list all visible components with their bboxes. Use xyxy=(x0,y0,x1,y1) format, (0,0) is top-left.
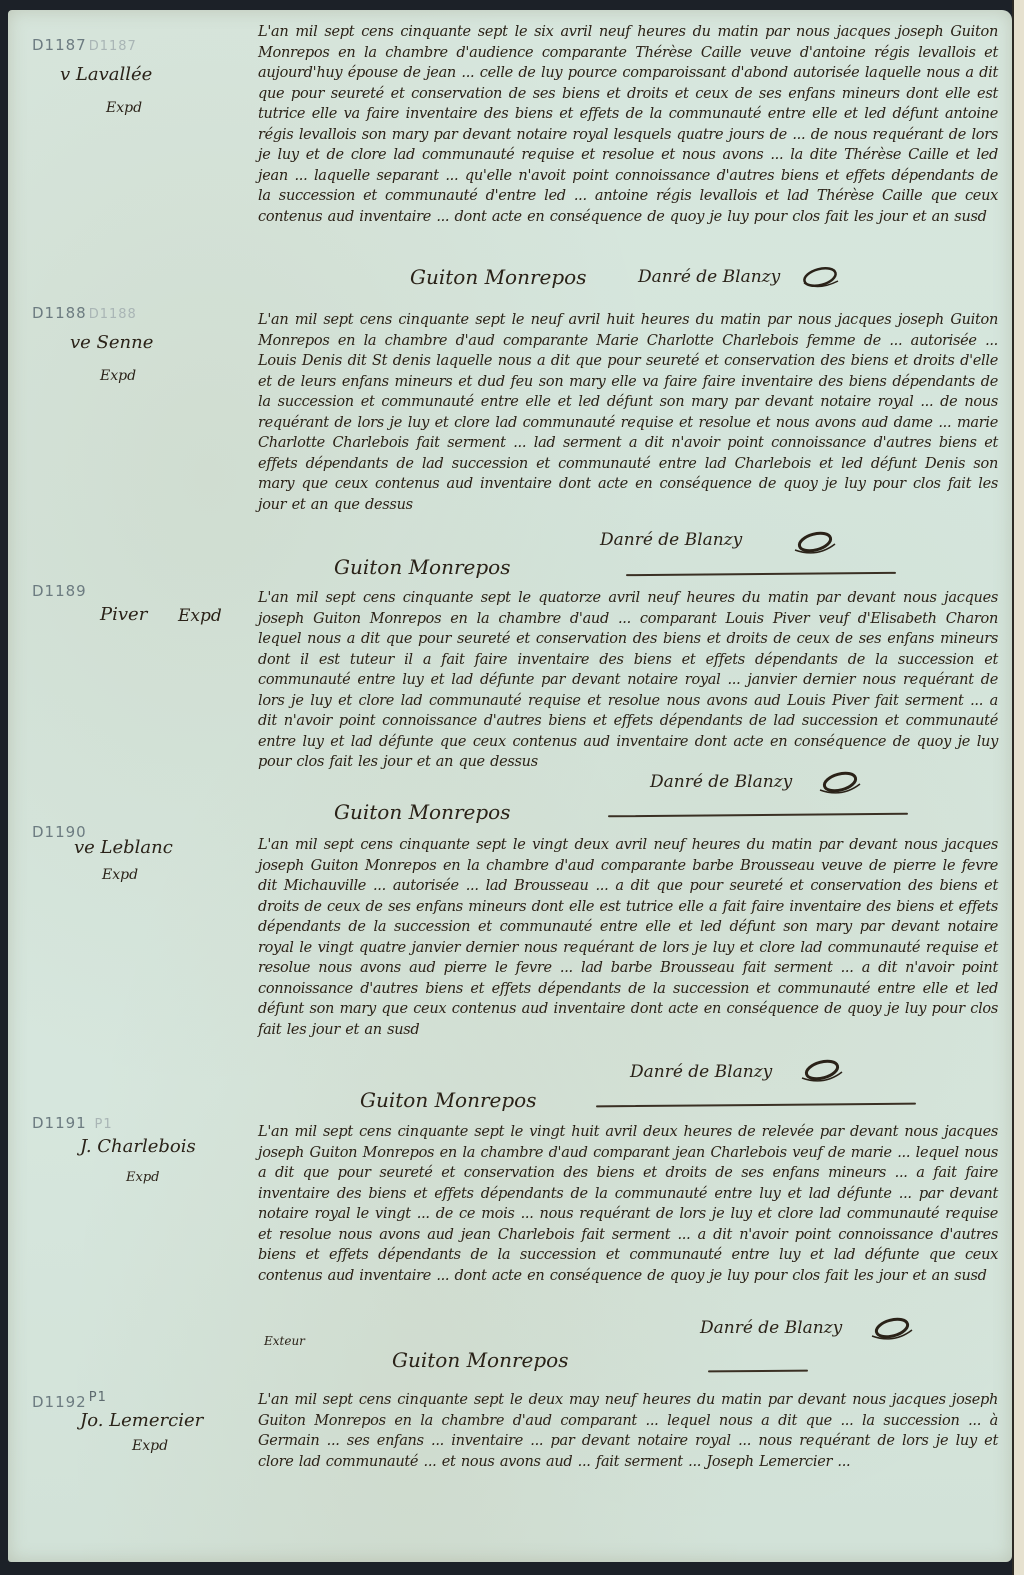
signature-guiton-monrepos: Guiton Monrepos xyxy=(334,800,510,824)
signature-danre-de-blanzy: Danré de Blanzy xyxy=(638,267,780,287)
archive-reference: D1191 P1 xyxy=(32,1114,113,1132)
signature-danre-de-blanzy: Danré de Blanzy xyxy=(630,1062,772,1082)
signature-danre-de-blanzy: Danré de Blanzy xyxy=(650,772,792,792)
margin-name: ve Senne xyxy=(70,332,153,353)
signature-rule xyxy=(626,572,896,576)
archive-reference: D1192P1 xyxy=(32,1390,107,1411)
entry-text: L'an mil sept cens cinquante sept le deu… xyxy=(258,1390,998,1472)
expedition-mark: Expd xyxy=(106,100,142,116)
archive-reference: D1187D1187 xyxy=(32,36,137,54)
manuscript-page: D1187D1187 v Lavallée Expd L'an mil sept… xyxy=(8,10,1012,1562)
signature-rule xyxy=(708,1370,808,1373)
entry-text: L'an mil sept cens cinquante sept le qua… xyxy=(258,588,998,773)
page-edge xyxy=(1012,0,1024,1575)
margin-name: Piver xyxy=(100,604,147,625)
entry-text: L'an mil sept cens cinquante sept le vin… xyxy=(258,1122,998,1286)
expedition-mark: Expd xyxy=(178,606,222,626)
signature-danre-de-blanzy: Danré de Blanzy xyxy=(600,530,742,550)
signature-guiton-monrepos: Guiton Monrepos xyxy=(360,1088,536,1112)
expedition-mark: Expd xyxy=(126,1170,159,1185)
margin-name: v Lavallée xyxy=(60,64,152,85)
signature-guiton-monrepos: Guiton Monrepos xyxy=(392,1348,568,1372)
signature-rule xyxy=(596,1103,916,1108)
archive-reference: D1189 xyxy=(32,582,87,600)
margin-name: J. Charlebois xyxy=(80,1136,196,1157)
expedition-mark: Expd xyxy=(132,1438,168,1454)
signature-guiton-monrepos: Guiton Monrepos xyxy=(334,555,510,579)
paraph-flourish-icon xyxy=(870,1316,914,1342)
signature-block: Guiton Monrepos xyxy=(8,1348,1012,1388)
expedition-mark: Expd xyxy=(100,368,136,384)
entry-text: L'an mil sept cens cinquante sept le vin… xyxy=(258,835,998,1040)
signature-danre-de-blanzy: Danré de Blanzy xyxy=(700,1318,842,1338)
signature-block: Guiton Monrepos Danré de Blanzy xyxy=(8,265,1012,305)
paraph-flourish-icon xyxy=(793,530,837,556)
expedition-mark: Expd xyxy=(102,867,138,883)
entry-text: L'an mil sept cens cinquante sept le neu… xyxy=(258,310,998,515)
paraph-flourish-icon xyxy=(798,265,842,291)
archive-reference: D1188D1188 xyxy=(32,304,137,322)
signature-block: Guiton Monrepos xyxy=(8,800,1012,840)
paraph-flourish-icon xyxy=(800,1058,844,1084)
signature-guiton-monrepos: Guiton Monrepos xyxy=(410,265,586,289)
signature-rule xyxy=(608,813,908,818)
margin-name: Jo. Lemercier xyxy=(80,1410,203,1431)
entry-text: L'an mil sept cens cinquante sept le six… xyxy=(258,22,998,227)
paraph-flourish-icon xyxy=(818,770,862,796)
margin-name: ve Leblanc xyxy=(74,837,173,858)
